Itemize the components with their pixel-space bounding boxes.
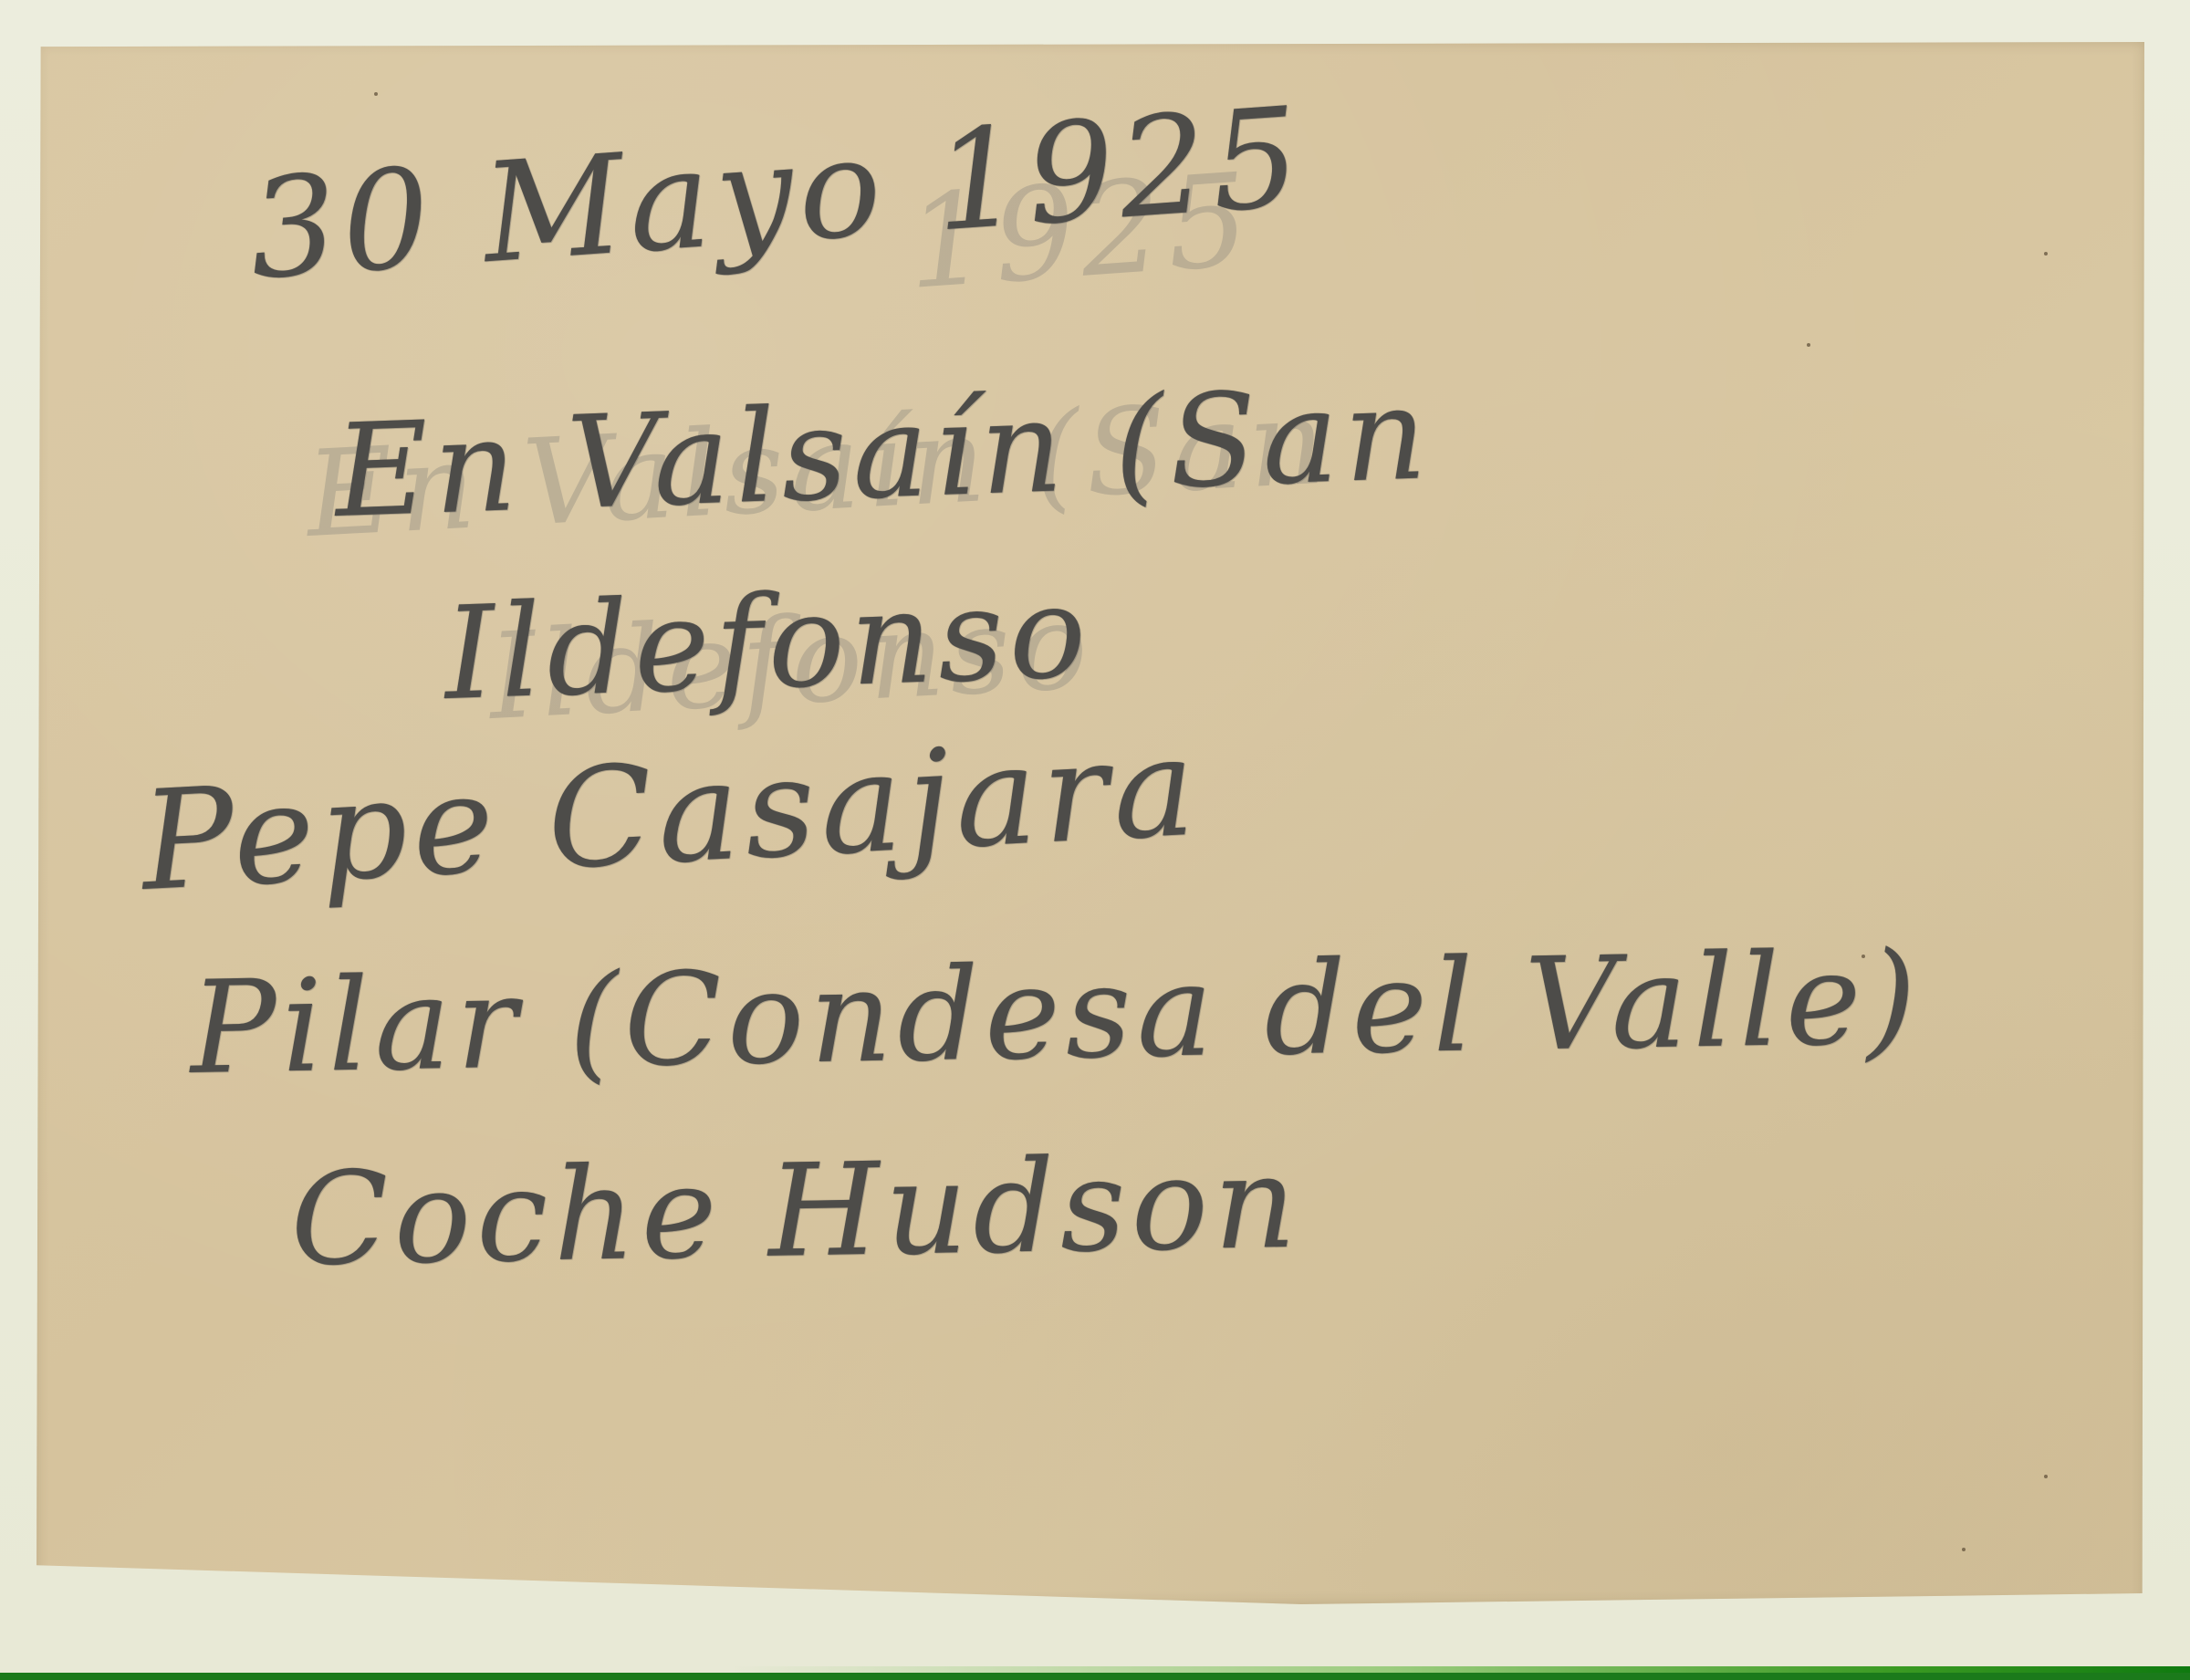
paper-speck: [2044, 252, 2048, 256]
paper-speck: [2044, 1475, 2048, 1478]
bottom-gradient-strip: [730, 1666, 2190, 1673]
handwritten-location-cont: Ildefonso: [442, 558, 1093, 729]
paper-speck: [374, 92, 378, 96]
paper-speck: [1807, 343, 1810, 347]
handwritten-person-1: Pepe Casajara: [138, 707, 1204, 922]
handwritten-location: En Valsaín (San: [332, 360, 1434, 547]
paper-speck: [1962, 1548, 1966, 1551]
handwritten-vehicle: Coche Hudson: [289, 1129, 1302, 1295]
bottom-green-bar: [0, 1673, 2190, 1680]
document-card: 1925 En Valsaín (San Ildefonso 30 Mayo 1…: [36, 42, 2144, 1604]
handwritten-person-2: Pilar (Condesa del Valle): [189, 924, 1923, 1103]
